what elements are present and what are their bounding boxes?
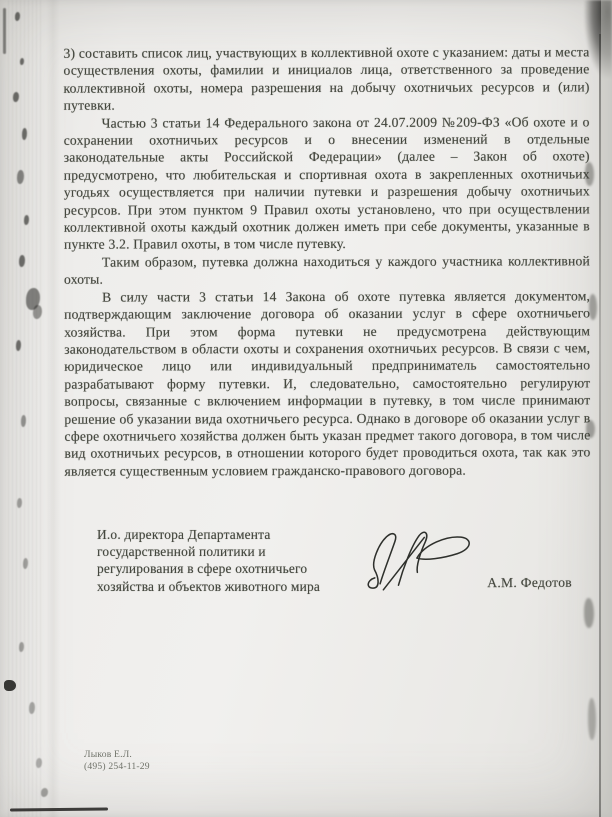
scan-edge-mark-top-left xyxy=(3,8,6,54)
scan-margin-band-right xyxy=(601,0,612,817)
scan-smudge-right xyxy=(584,598,594,628)
scan-smudge-right xyxy=(589,294,597,320)
scan-line-bottom-left xyxy=(10,807,108,811)
scan-speck xyxy=(29,702,35,714)
footer-contact-name: Лыков Е.Л. xyxy=(84,749,150,761)
scan-speck xyxy=(21,415,26,427)
scan-page-edge-line-right xyxy=(599,34,601,817)
scan-crease-left xyxy=(46,0,60,817)
signoff-title-line: И.о. директора Департамента xyxy=(97,526,320,543)
signoff-title-line: регулирования в сфере охотничьего xyxy=(97,560,320,577)
letter-body: 3) составить список лиц, участвующих в к… xyxy=(63,43,590,480)
paragraph-law-209fz: Частью 3 статьи 14 Федерального закона о… xyxy=(64,113,590,254)
scan-speck xyxy=(23,558,28,569)
scan-streak-band-left xyxy=(8,0,42,817)
scan-smudge-left xyxy=(26,288,40,310)
scan-speck xyxy=(17,498,22,508)
scan-speck xyxy=(19,642,24,652)
signoff-title-block: И.о. директора Департамента государствен… xyxy=(97,526,320,595)
signatory-name: А.М. Федотов xyxy=(460,575,572,592)
signoff-title-line: государственной политики и xyxy=(97,543,320,560)
scan-speck xyxy=(20,58,24,65)
scan-smudge-left xyxy=(33,305,42,319)
scan-speck xyxy=(24,215,29,225)
paragraph-list-item: 3) составить список лиц, участвующих в к… xyxy=(63,43,589,114)
scan-speck xyxy=(41,788,48,797)
scan-speck xyxy=(22,128,27,140)
scan-speck xyxy=(19,255,25,267)
scan-speck xyxy=(36,758,42,768)
scan-speck xyxy=(15,12,20,21)
scan-speck xyxy=(16,340,21,351)
footer-contact-block: Лыков Е.Л. (495) 254-11-29 xyxy=(84,749,150,772)
paragraph-conclusion-putevka: Таким образом, путевка должна находиться… xyxy=(64,252,590,288)
footer-contact-phone: (495) 254-11-29 xyxy=(84,761,150,773)
scanned-document-page: 3) составить список лиц, участвующих в к… xyxy=(0,0,612,817)
scan-speck xyxy=(17,170,24,184)
signoff-title-line: хозяйства и объектов животного мира xyxy=(97,578,320,595)
scan-speck xyxy=(13,92,19,102)
scan-ink-blob-left xyxy=(4,680,16,691)
scan-smudge-right xyxy=(588,698,596,740)
paragraph-contract-terms: В силу части 3 статьи 14 Закона об охоте… xyxy=(64,287,590,480)
